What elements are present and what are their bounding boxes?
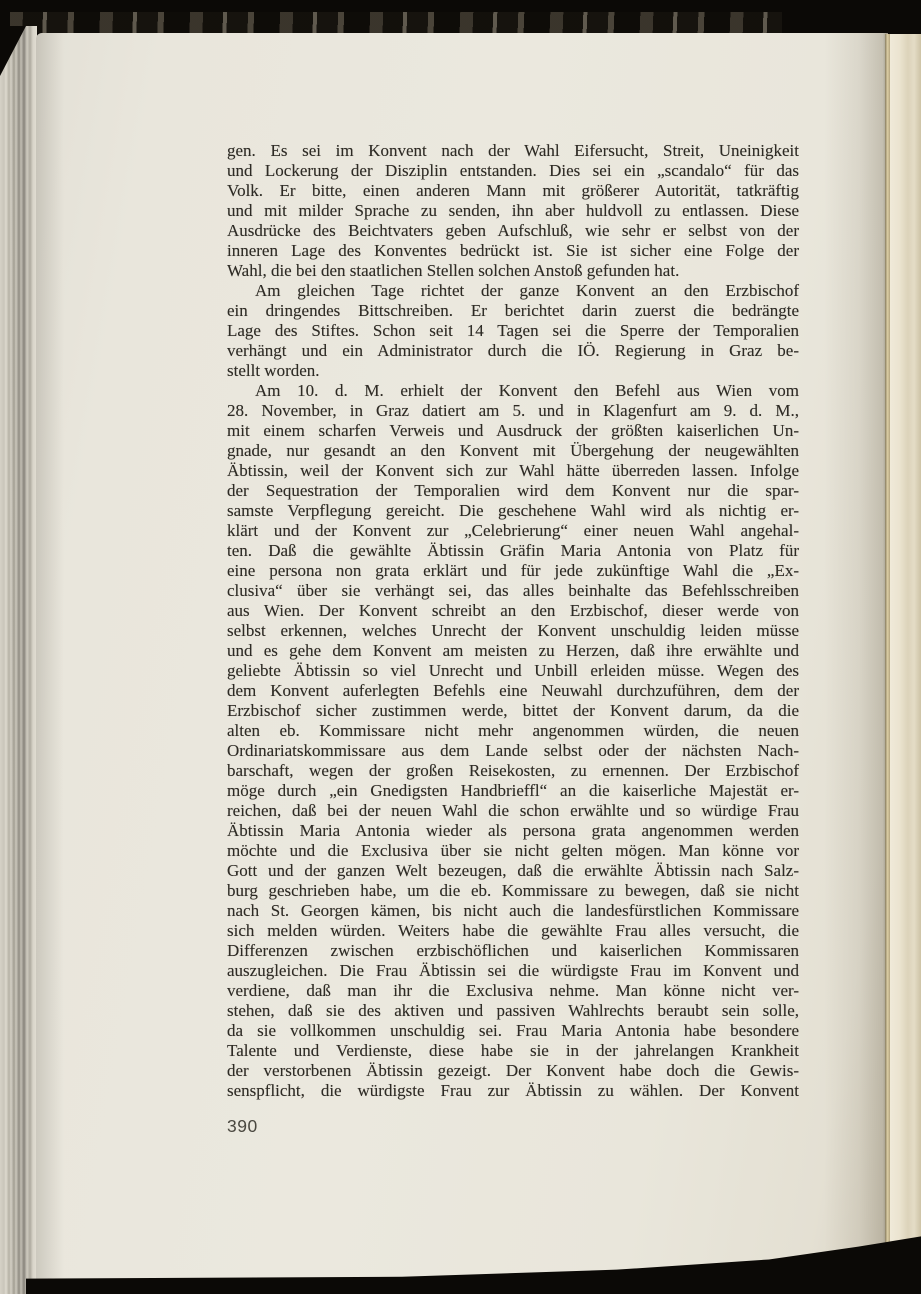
text-line: gnade, nur gesandt an den Konvent mit Üb… <box>227 441 799 461</box>
text-line: auszugleichen. Die Frau Äbtissin sei die… <box>227 961 799 981</box>
text-line: da sie vollkommen unschuldig sei. Frau M… <box>227 1021 799 1041</box>
text-line: und Lockerung der Disziplin entstanden. … <box>227 161 799 181</box>
text-line: Am gleichen Tage richtet der ganze Konve… <box>227 281 799 301</box>
text-line: reichen, daß bei der neuen Wahl die scho… <box>227 801 799 821</box>
text-line: Äbtissin Maria Antonia wieder als person… <box>227 821 799 841</box>
paragraph: Am 10. d. M. erhielt der Konvent den Bef… <box>227 381 799 1101</box>
text-line: Am 10. d. M. erhielt der Konvent den Bef… <box>227 381 799 401</box>
text-line: Erzbischof sicher zustimmen werde, bitte… <box>227 701 799 721</box>
text-line: nach St. Georgen kämen, bis nicht auch d… <box>227 901 799 921</box>
text-line: möchte und die Exclusiva über sie nicht … <box>227 841 799 861</box>
text-line: clusiva“ über sie verhängt sei, das alle… <box>227 581 799 601</box>
page-text: gen. Es sei im Konvent nach der Wahl Eif… <box>227 141 799 1101</box>
text-line: möge durch „ein Gnedigsten Handbrieffl“ … <box>227 781 799 801</box>
text-line: Volk. Er bitte, einen anderen Mann mit g… <box>227 181 799 201</box>
text-line: stellt worden. <box>227 361 799 381</box>
text-line: Lage des Stiftes. Schon seit 14 Tagen se… <box>227 321 799 341</box>
gutter-shadow <box>824 33 888 1283</box>
adjacent-page-edge <box>890 34 921 1250</box>
book-scan: gen. Es sei im Konvent nach der Wahl Eif… <box>0 0 921 1294</box>
text-line: 28. November, in Graz datiert am 5. und … <box>227 401 799 421</box>
text-line: verdiene, daß man ihr die Exclusiva nehm… <box>227 981 799 1001</box>
text-line: alten eb. Kommissare nicht mehr angenomm… <box>227 721 799 741</box>
text-line: dem Konvent auferlegten Befehls eine Neu… <box>227 681 799 701</box>
text-line: Gott und der ganzen Welt bezeugen, daß d… <box>227 861 799 881</box>
text-line: inneren Lage des Konventes bedrückt ist.… <box>227 241 799 261</box>
page-number: 390 <box>227 1116 258 1137</box>
text-line: geliebte Äbtissin so viel Unrecht und Un… <box>227 661 799 681</box>
text-line: und es gehe dem Konvent am meisten zu He… <box>227 641 799 661</box>
text-line: klärt und der Konvent zur „Celebrierung“… <box>227 521 799 541</box>
text-line: Talente und Verdienste, diese habe sie i… <box>227 1041 799 1061</box>
text-line: selbst erkennen, welches Unrecht der Kon… <box>227 621 799 641</box>
text-line: aus Wien. Der Konvent schreibt an den Er… <box>227 601 799 621</box>
binding-shadow-left <box>36 33 64 1283</box>
text-line: Äbtissin, weil der Konvent sich zur Wahl… <box>227 461 799 481</box>
text-line: der verstorbenen Äbtissin gezeigt. Der K… <box>227 1061 799 1081</box>
page-edges-stack <box>0 26 37 1294</box>
text-line: ein dringendes Bittschreiben. Er bericht… <box>227 301 799 321</box>
paragraph: gen. Es sei im Konvent nach der Wahl Eif… <box>227 141 799 281</box>
text-line: Differenzen zwischen erzbischöflichen un… <box>227 941 799 961</box>
text-line: eine persona non grata erklärt und für j… <box>227 561 799 581</box>
text-line: senspflicht, die würdigste Frau zur Äbti… <box>227 1081 799 1101</box>
text-line: Ordinariatskommissare aus dem Lande selb… <box>227 741 799 761</box>
text-line: sich melden würden. Weiters habe die gew… <box>227 921 799 941</box>
text-line: Ausdrücke des Beichtvaters geben Aufschl… <box>227 221 799 241</box>
text-line: samste Verpflegung gereicht. Die gescheh… <box>227 501 799 521</box>
text-line: und mit milder Sprache zu senden, ihn ab… <box>227 201 799 221</box>
book-top-edge <box>10 12 782 33</box>
text-line: stehen, daß sie des aktiven und passiven… <box>227 1001 799 1021</box>
text-line: gen. Es sei im Konvent nach der Wahl Eif… <box>227 141 799 161</box>
paragraph: Am gleichen Tage richtet der ganze Konve… <box>227 281 799 381</box>
text-line: verhängt und ein Administrator durch die… <box>227 341 799 361</box>
text-line: barschaft, wegen der großen Reisekosten,… <box>227 761 799 781</box>
text-line: der Sequestration der Temporalien wird d… <box>227 481 799 501</box>
text-line: mit einem scharfen Verweis und Ausdruck … <box>227 421 799 441</box>
text-line: ten. Daß die gewählte Äbtissin Gräfin Ma… <box>227 541 799 561</box>
text-line: burg geschrieben habe, um die eb. Kommis… <box>227 881 799 901</box>
text-line: Wahl, die bei den staatlichen Stellen so… <box>227 261 799 281</box>
